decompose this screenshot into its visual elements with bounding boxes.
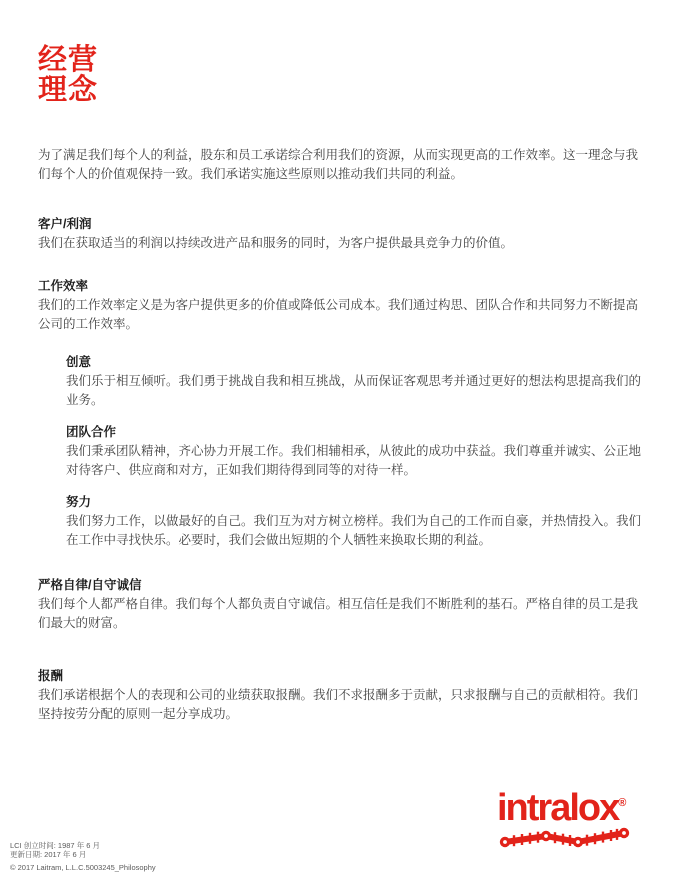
section-heading: 客户/利润 [38,215,642,234]
subsection-body: 我们乐于相互倾听。我们勇于挑战自我和相互挑战，从而保证客观思考并通过更好的想法构… [66,372,642,410]
document-content: 经营 理念 为了满足我们每个人的利益，股东和员工承诺综合利用我们的资源，从而实现… [38,45,642,724]
section-work-efficiency: 工作效率 我们的工作效率定义是为客户提供更多的价值或降低公司成本。我们通过构思、… [38,277,642,334]
section-discipline-integrity: 严格自律/自守诚信 我们每个人都严格自律。我们每个人都负责自守诚信。相互信任是我… [38,576,642,633]
subsection-heading: 团队合作 [66,423,642,442]
section-body: 我们的工作效率定义是为客户提供更多的价值或降低公司成本。我们通过构思、团队合作和… [38,296,642,334]
intralox-wordmark: intralox® [497,785,657,826]
subsection-creativity: 创意 我们乐于相互倾听。我们勇于挑战自我和相互挑战，从而保证客观思考并通过更好的… [66,353,642,410]
intralox-wordmark-text: intralox [497,787,618,829]
subsection-effort: 努力 我们努力工作，以做最好的自己。我们互为对方树立榜样。我们为自己的工作而自豪… [66,493,642,550]
philosophy-document-page: 经营 理念 为了满足我们每个人的利益，股东和员工承诺综合利用我们的资源，从而实现… [0,0,680,879]
subsection-heading: 努力 [66,493,642,512]
subsection-teamwork: 团队合作 我们秉承团队精神，齐心协力开展工作。我们相辅相承，从彼此的成功中获益。… [66,423,642,480]
intralox-logo: intralox® [497,785,657,849]
intro-paragraph: 为了满足我们每个人的利益，股东和员工承诺综合利用我们的资源，从而实现更高的工作效… [38,146,642,184]
section-compensation: 报酬 我们承诺根据个人的表现和公司的业绩获取报酬。我们不求报酬多于贡献，只求报酬… [38,667,642,724]
footer-copyright-line: © 2017 Laitram, L.L.C.5003245_Philosophy [10,863,156,872]
page-title-line1: 经营 [38,45,642,75]
page-title: 经营 理念 [38,45,642,105]
footer-created-line: LCI 创立时间: 1987 年 6 月 [10,841,156,850]
section-heading: 工作效率 [38,277,642,296]
conveyor-chain-icon [499,827,631,849]
section-body: 我们在获取适当的利润以持续改进产品和服务的同时，为客户提供最具竞争力的价值。 [38,234,642,253]
section-heading: 严格自律/自守诚信 [38,576,642,595]
subsection-body: 我们努力工作，以做最好的自己。我们互为对方树立榜样。我们为自己的工作而自豪，并热… [66,512,642,550]
section-customer-profit: 客户/利润 我们在获取适当的利润以持续改进产品和服务的同时，为客户提供最具竞争力… [38,215,642,253]
section-body: 我们每个人都严格自律。我们每个人都负责自守诚信。相互信任是我们不断胜利的基石。严… [38,595,642,633]
section-heading: 报酬 [38,667,642,686]
page-title-line2: 理念 [38,75,642,105]
section-body: 我们承诺根据个人的表现和公司的业绩获取报酬。我们不求报酬多于贡献，只求报酬与自己… [38,686,642,724]
registered-trademark-symbol: ® [618,797,626,809]
footer-updated-line: 更新日期: 2017 年 6 月 [10,850,156,859]
document-footer: LCI 创立时间: 1987 年 6 月 更新日期: 2017 年 6 月 © … [10,841,156,872]
subsection-body: 我们秉承团队精神，齐心协力开展工作。我们相辅相承，从彼此的成功中获益。我们尊重并… [66,442,642,480]
subsection-heading: 创意 [66,353,642,372]
